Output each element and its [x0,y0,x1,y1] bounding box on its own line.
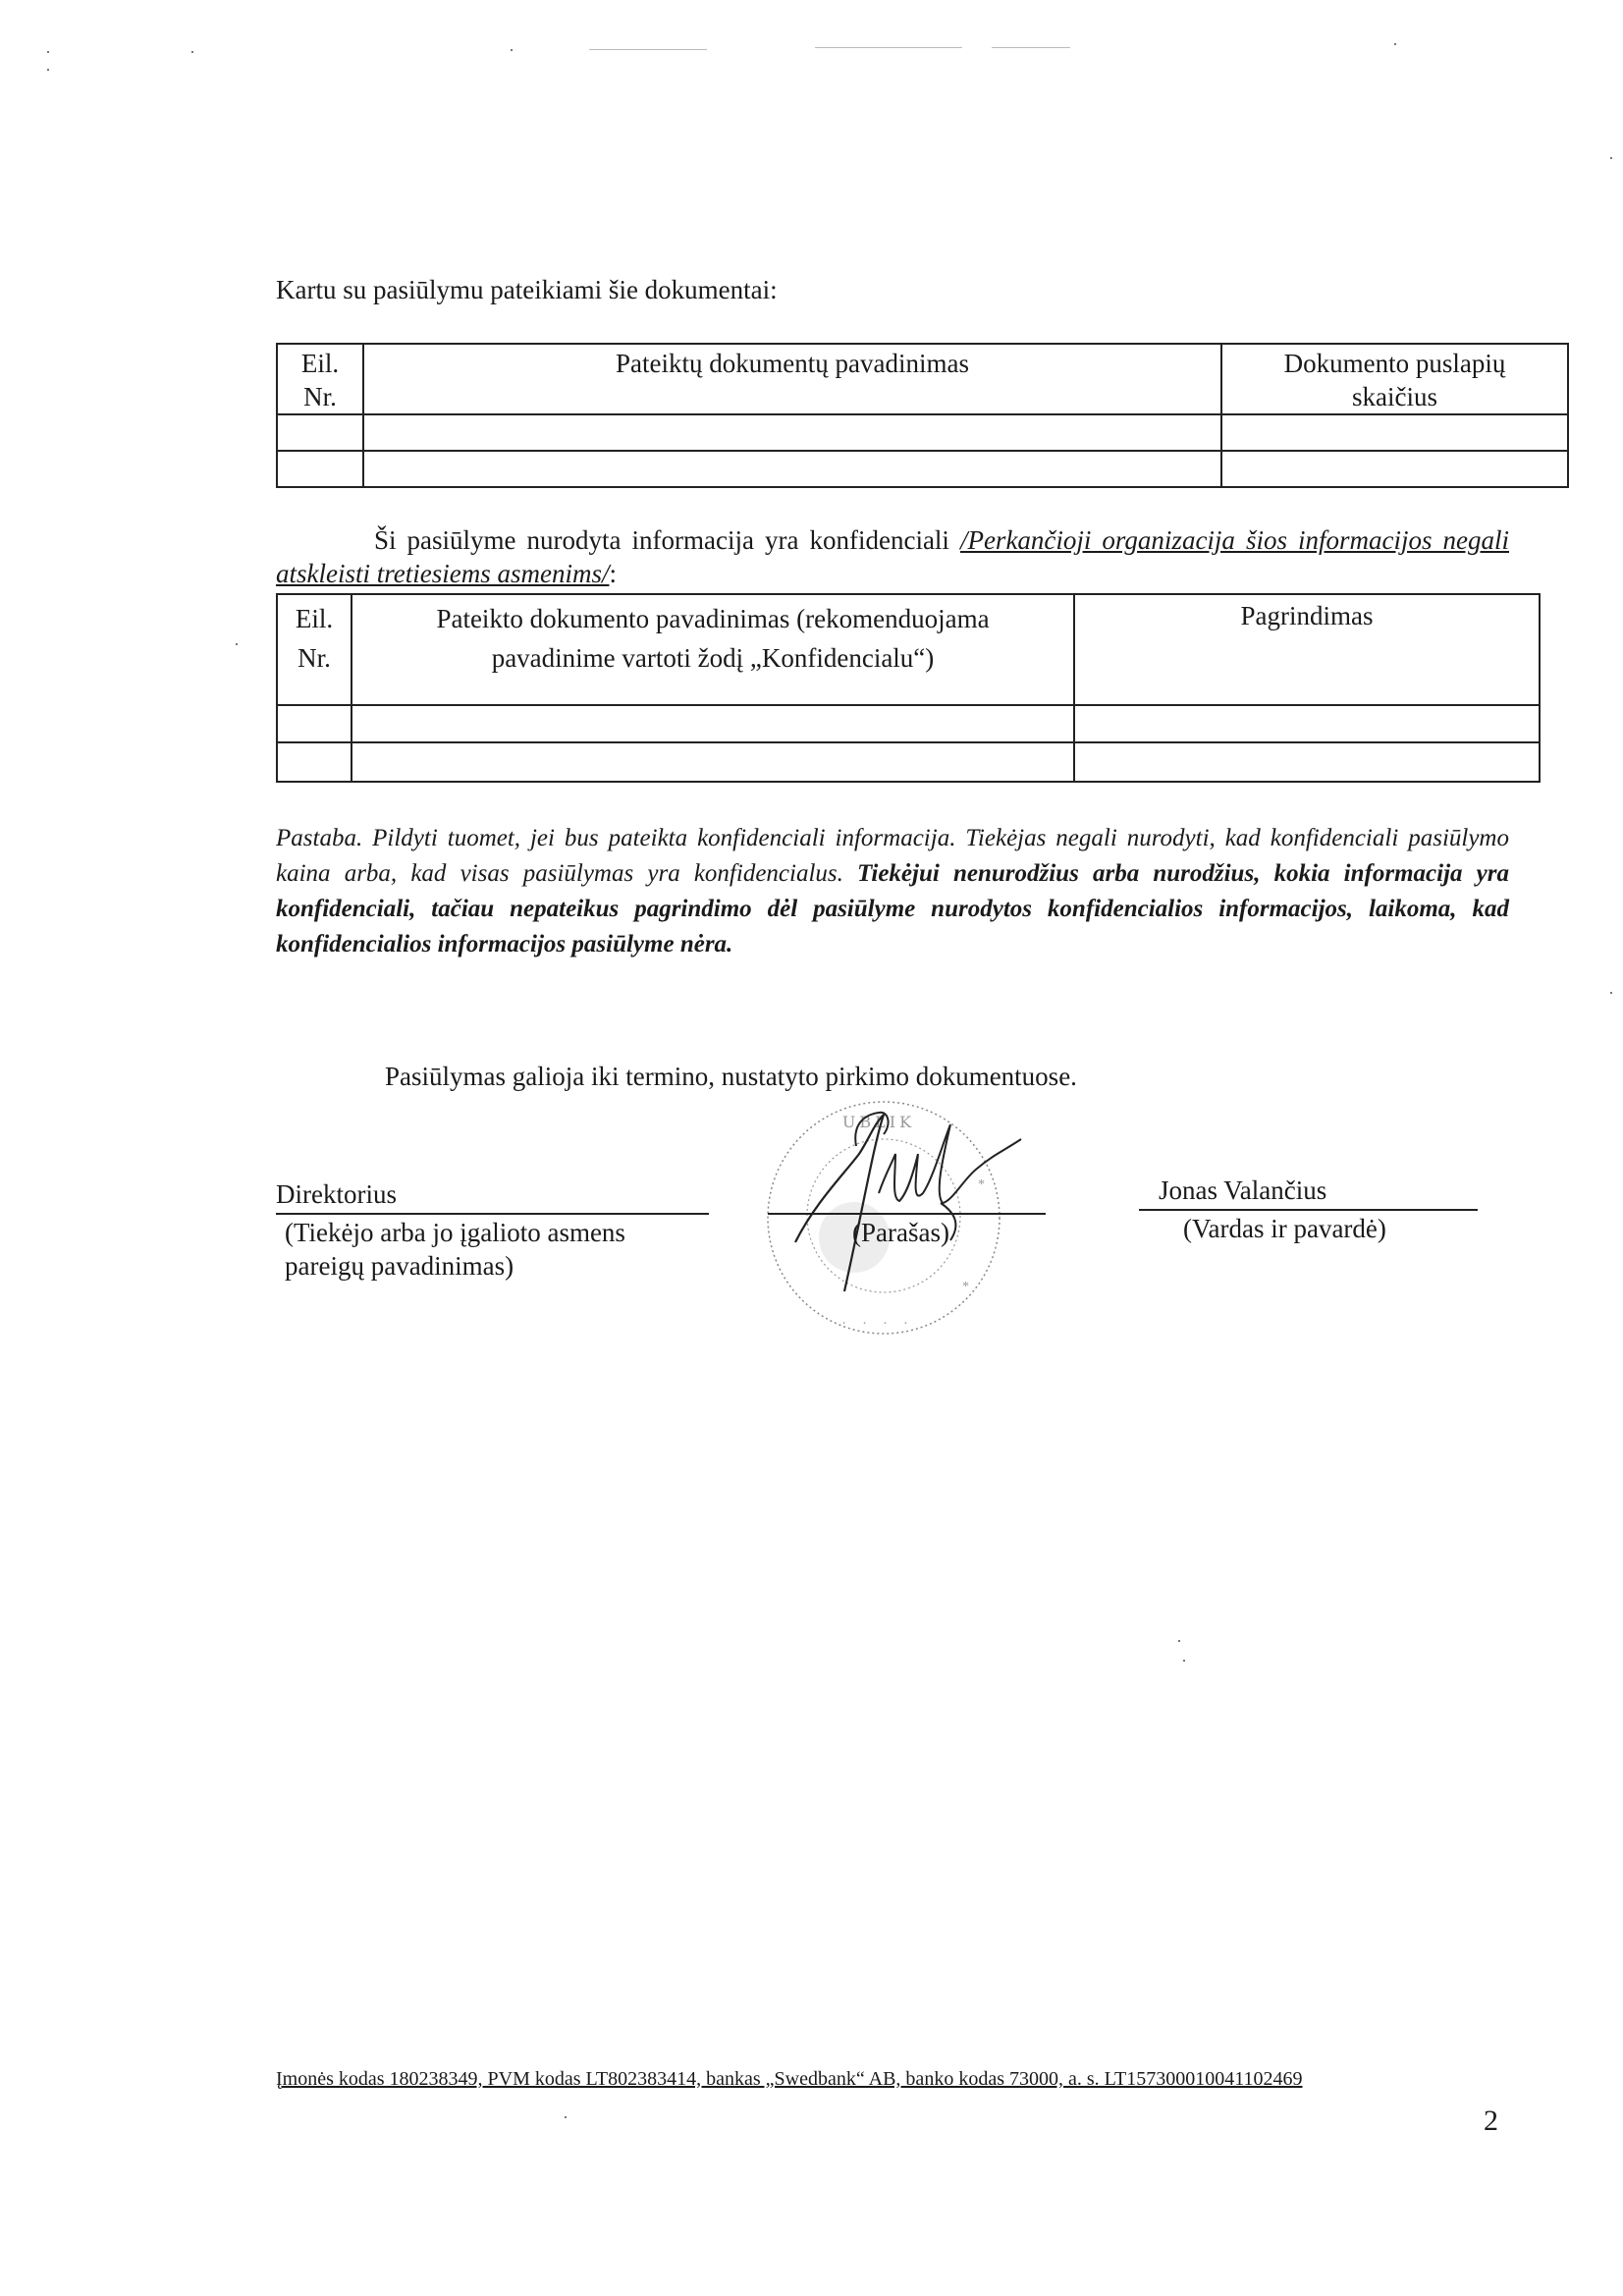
cell-document-name[interactable] [352,705,1074,742]
table-header-row: Eil. Nr. Pateiktų dokumentų pavadinimas … [277,344,1568,414]
position-caption-line1: (Tiekėjo arba jo įgalioto asmens [285,1216,625,1249]
handwritten-signature-icon [776,1085,1041,1311]
header-pages-line2: skaičius [1222,380,1567,413]
table-header-row: Eil. Nr. Pateikto dokumento pavadinimas … [277,594,1540,705]
cell-no[interactable] [277,742,352,782]
confidential-text: Ši pasiūlyme nurodyta informacija yra ko… [374,525,960,555]
cell-page-count[interactable] [1221,414,1568,451]
cell-document-name[interactable] [352,742,1074,782]
table-row [277,414,1568,451]
cell-no[interactable] [277,705,352,742]
header-document-name: Pateikto dokumento pavadinimas (rekomend… [352,594,1074,705]
header-basis: Pagrindimas [1074,594,1540,705]
header-document-name: Pateiktų dokumentų pavadinimas [363,344,1221,414]
header-name-text: Pateiktų dokumentų pavadinimas [364,347,1220,380]
position-caption-line2: pareigų pavadinimas) [285,1249,514,1283]
header-no-line1: Eil. [278,599,351,638]
page-number: 2 [1484,2105,1498,2138]
submitted-documents-table: Eil. Nr. Pateiktų dokumentų pavadinimas … [276,343,1569,488]
cell-basis[interactable] [1074,705,1540,742]
table-row [277,705,1540,742]
header-no-line1: Eil. [278,347,362,380]
table-row [277,742,1540,782]
name-line [1139,1209,1478,1211]
position-line [276,1213,709,1215]
confidential-documents-table: Eil. Nr. Pateikto dokumento pavadinimas … [276,593,1541,783]
header-page-count: Dokumento puslapių skaičius [1221,344,1568,414]
header-no: Eil. Nr. [277,594,352,705]
confidential-statement: Ši pasiūlyme nurodyta informacija yra ko… [276,523,1509,590]
name-value: Jonas Valančius [1159,1174,1326,1207]
header-no-line2: Nr. [278,638,351,678]
intro-text: Kartu su pasiūlymu pateikiami šie dokume… [276,273,778,306]
cell-no[interactable] [277,414,363,451]
table-row [277,451,1568,487]
cell-document-name[interactable] [363,451,1221,487]
confidential-colon: : [609,559,617,588]
cell-page-count[interactable] [1221,451,1568,487]
header-pages-line1: Dokumento puslapių [1222,347,1567,380]
cell-document-name[interactable] [363,414,1221,451]
cell-basis[interactable] [1074,742,1540,782]
confidentiality-note: Pastaba. Pildyti tuomet, jei bus pateikt… [276,821,1509,962]
header-no: Eil. Nr. [277,344,363,414]
header-no-line2: Nr. [278,380,362,413]
signature-caption: (Parašas) [852,1216,949,1249]
header-name-line2: pavadinime vartoti žodį „Konfidencialu“) [352,638,1073,678]
svg-text:. . . .: . . . . [841,1312,913,1328]
company-details-footer: Įmonės kodas 180238349, PVM kodas LT8023… [276,2068,1303,2091]
signature-line [768,1213,1046,1215]
name-caption: (Vardas ir pavardė) [1183,1212,1386,1245]
cell-no[interactable] [277,451,363,487]
position-value: Direktorius [276,1177,397,1211]
header-basis-text: Pagrindimas [1075,599,1539,632]
header-name-line1: Pateikto dokumento pavadinimas (rekomend… [352,599,1073,638]
